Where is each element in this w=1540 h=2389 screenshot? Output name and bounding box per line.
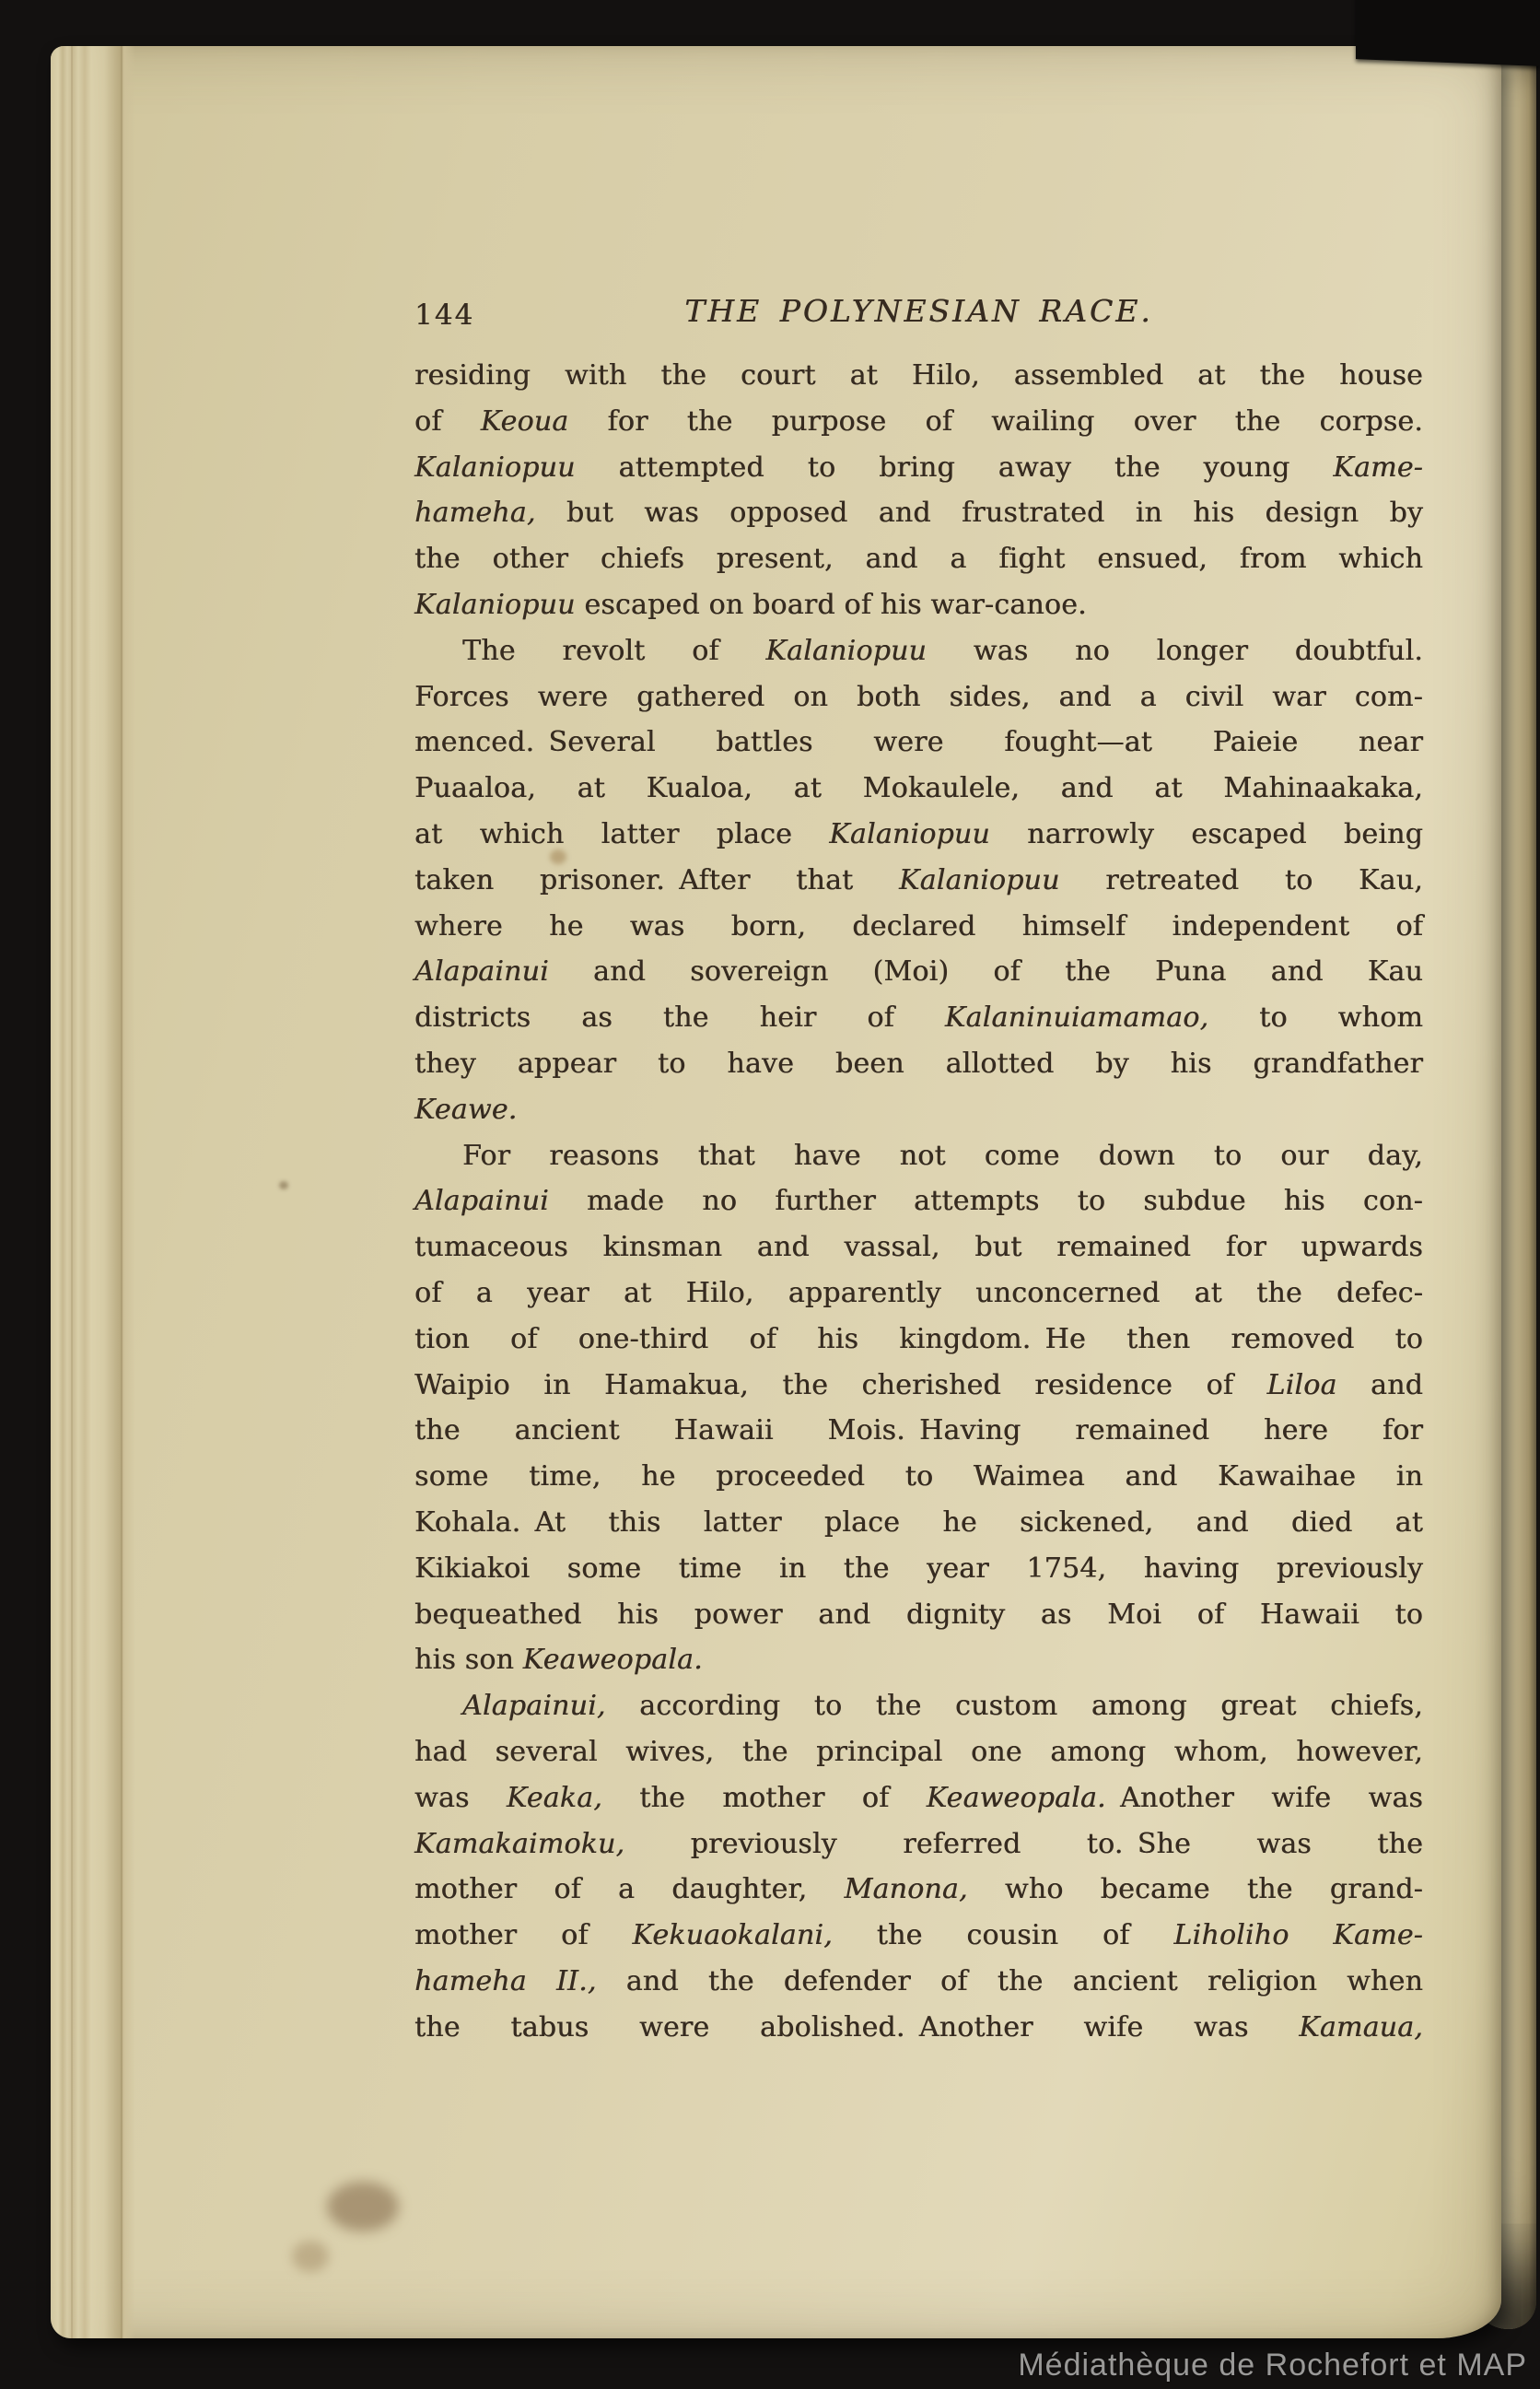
text-line: at which latter place Kalaniopuu narrowl… [414, 812, 1423, 858]
text-line: bequeathed his power and dignity as Moi … [414, 1592, 1423, 1638]
scan-background: { "scan": { "watermark": "Médiathèque de… [0, 0, 1540, 2389]
text-line: some time, he proceeded to Waimea and Ka… [414, 1454, 1423, 1500]
watermark: Médiathèque de Rochefort et MAP [1018, 2348, 1527, 2383]
italic-text: Keaweopala. [523, 1644, 703, 1676]
italic-text: hameha, [414, 497, 536, 529]
page-number: 144 [414, 299, 474, 332]
text: districts as the heir of [414, 1001, 945, 1034]
page-left-deckle-edges [51, 46, 135, 2338]
text: and the defender of the ancient religion… [597, 1965, 1423, 1997]
text-line: they appear to have been allotted by his… [414, 1041, 1423, 1087]
text-line: his son Keaweopala. [414, 1637, 1423, 1683]
text: some time, he proceeded to Waimea and Ka… [414, 1460, 1423, 1493]
text-line: Kohala. At this latter place he sickened… [414, 1500, 1423, 1546]
italic-text: Keawe. [414, 1094, 517, 1126]
text: Waipio in Hamakua, the cherished residen… [414, 1369, 1266, 1401]
text: and [1337, 1369, 1423, 1401]
book-page: 144 THE POLYNESIAN RACE. residing with t… [51, 46, 1501, 2338]
text-line: menced. Several battles were fought—at P… [414, 720, 1423, 766]
text-line: The revolt of Kalaniopuu was no longer d… [414, 628, 1423, 674]
text: the ancient Hawaii Mois. Having remained… [414, 1414, 1423, 1446]
text-line: Kikiakoi some time in the year 1754, hav… [414, 1546, 1423, 1592]
text: his son [414, 1644, 523, 1676]
scanner-notch [1356, 0, 1540, 66]
text-line: the ancient Hawaii Mois. Having remained… [414, 1408, 1423, 1454]
text: For reasons that have not come down to o… [462, 1140, 1423, 1172]
text: the other chiefs present, and a fight en… [414, 543, 1423, 575]
text-line: mother of a daughter, Manona, who became… [414, 1867, 1423, 1913]
italic-text: Kame- [1333, 451, 1423, 484]
page-edge-line [71, 46, 73, 2338]
text-line: taken prisoner. After that Kalaniopuu re… [414, 858, 1423, 904]
text-block: residing with the court at Hilo, assembl… [414, 353, 1423, 2050]
italic-text: Liloa [1266, 1369, 1336, 1401]
italic-text: Keaka, [507, 1782, 602, 1814]
text: The revolt of [462, 635, 765, 667]
text-line: had several wives, the principal one amo… [414, 1729, 1423, 1775]
page-header: 144 THE POLYNESIAN RACE. [414, 293, 1423, 341]
italic-text: Kalaniopuu [414, 451, 576, 484]
text: retreated to Kau, [1060, 864, 1423, 896]
italic-text: Liholiho Kame- [1173, 1919, 1423, 1951]
text: made no further attempts to subdue his c… [549, 1185, 1423, 1217]
italic-text: Kekuaokalani, [633, 1919, 833, 1951]
text: of [414, 405, 481, 438]
italic-text: Alapainui, [462, 1690, 606, 1722]
stain [327, 2182, 399, 2231]
text: taken prisoner. After that [414, 864, 899, 896]
text: menced. Several battles were fought—at P… [414, 726, 1423, 758]
text-line: districts as the heir of Kalaninuiamamao… [414, 995, 1423, 1041]
text: mother of [414, 1919, 633, 1951]
italic-text: Kamakaimoku, [414, 1828, 624, 1860]
text-line: of a year at Hilo, apparently unconcerne… [414, 1271, 1423, 1317]
text: of a year at Hilo, apparently unconcerne… [414, 1277, 1423, 1309]
text-line: residing with the court at Hilo, assembl… [414, 353, 1423, 399]
text: Kikiakoi some time in the year 1754, hav… [414, 1552, 1423, 1585]
text: to whom [1208, 1001, 1423, 1034]
text: tion of one-third of his kingdom. He the… [414, 1323, 1423, 1355]
text-line: tion of one-third of his kingdom. He the… [414, 1317, 1423, 1363]
text: had several wives, the principal one amo… [414, 1736, 1423, 1768]
text: Another wife was [1106, 1782, 1423, 1814]
text: previously referred to. She was the [624, 1828, 1423, 1860]
text-line: mother of Kekuaokalani, the cousin of Li… [414, 1913, 1423, 1959]
text: who became the grand- [968, 1873, 1423, 1905]
text: tumaceous kinsman and vassal, but remain… [414, 1231, 1423, 1263]
stain [292, 2241, 329, 2272]
text-line: Alapainui, according to the custom among… [414, 1683, 1423, 1729]
text: residing with the court at Hilo, assembl… [414, 359, 1423, 392]
text-line: tumaceous kinsman and vassal, but remain… [414, 1224, 1423, 1271]
italic-text: hameha II., [414, 1965, 597, 1997]
text-line: of Keoua for the purpose of wailing over… [414, 399, 1423, 445]
text: was [414, 1782, 507, 1814]
text-line: hameha II., and the defender of the anci… [414, 1959, 1423, 2005]
text-line: Alapainui made no further attempts to su… [414, 1178, 1423, 1224]
text: at which latter place [414, 818, 829, 850]
italic-text: Keoua [481, 405, 569, 438]
text: bequeathed his power and dignity as Moi … [414, 1599, 1423, 1631]
text-line: Kalaniopuu attempted to bring away the y… [414, 445, 1423, 491]
text: attempted to bring away the young [576, 451, 1334, 484]
text: the tabus were abolished. Another wife w… [414, 2011, 1299, 2044]
text-line: Waipio in Hamakua, the cherished residen… [414, 1363, 1423, 1409]
text: where he was born, declared himself inde… [414, 910, 1423, 943]
text: narrowly escaped being [990, 818, 1423, 850]
page-edge-line [121, 46, 122, 2338]
text-line: Kalaniopuu escaped on board of his war-c… [414, 582, 1423, 628]
italic-text: Kalaniopuu [829, 818, 990, 850]
text-line: where he was born, declared himself inde… [414, 904, 1423, 950]
text-line: was Keaka, the mother of Keaweopala. Ano… [414, 1775, 1423, 1821]
text-line: For reasons that have not come down to o… [414, 1133, 1423, 1179]
text: Kohala. At this latter place he sickened… [414, 1506, 1423, 1539]
text: was no longer doubtful. [927, 635, 1423, 667]
text-line: Forces were gathered on both sides, and … [414, 674, 1423, 720]
italic-text: Keaweopala. [927, 1782, 1106, 1814]
text: escaped on board of his war-canoe. [576, 589, 1087, 621]
text: for the purpose of wailing over the corp… [568, 405, 1423, 438]
italic-text: Kamaua, [1299, 2011, 1423, 2044]
italic-text: Kalaniopuu [414, 589, 576, 621]
text-line: Alapainui and sovereign (Moi) of the Pun… [414, 949, 1423, 995]
text: the mother of [602, 1782, 927, 1814]
text-line: hameha, but was opposed and frustrated i… [414, 490, 1423, 536]
text: Forces were gathered on both sides, and … [414, 681, 1423, 713]
text: and sovereign (Moi) of the Puna and Kau [549, 955, 1423, 988]
text: Puaaloa, at Kualoa, at Mokaulele, and at… [414, 772, 1423, 804]
italic-text: Kalaniopuu [899, 864, 1060, 896]
text-line: Kamakaimoku, previously referred to. She… [414, 1821, 1423, 1868]
italic-text: Kalaninuiamamao, [945, 1001, 1208, 1034]
running-head: THE POLYNESIAN RACE. [414, 293, 1423, 329]
text: mother of a daughter, [414, 1873, 845, 1905]
italic-text: Manona, [845, 1873, 968, 1905]
text: according to the custom among great chie… [606, 1690, 1423, 1722]
text-line: Puaaloa, at Kualoa, at Mokaulele, and at… [414, 766, 1423, 812]
text: they appear to have been allotted by his… [414, 1048, 1423, 1080]
text-line: Keawe. [414, 1087, 1423, 1133]
stain [550, 849, 566, 864]
text: but was opposed and frustrated in his de… [536, 497, 1423, 529]
italic-text: Alapainui [414, 955, 549, 988]
stain [279, 1181, 288, 1189]
text: the cousin of [833, 1919, 1174, 1951]
italic-text: Kalaniopuu [765, 635, 927, 667]
text-line: the tabus were abolished. Another wife w… [414, 2005, 1423, 2051]
italic-text: Alapainui [414, 1185, 549, 1217]
text-line: the other chiefs present, and a fight en… [414, 536, 1423, 582]
